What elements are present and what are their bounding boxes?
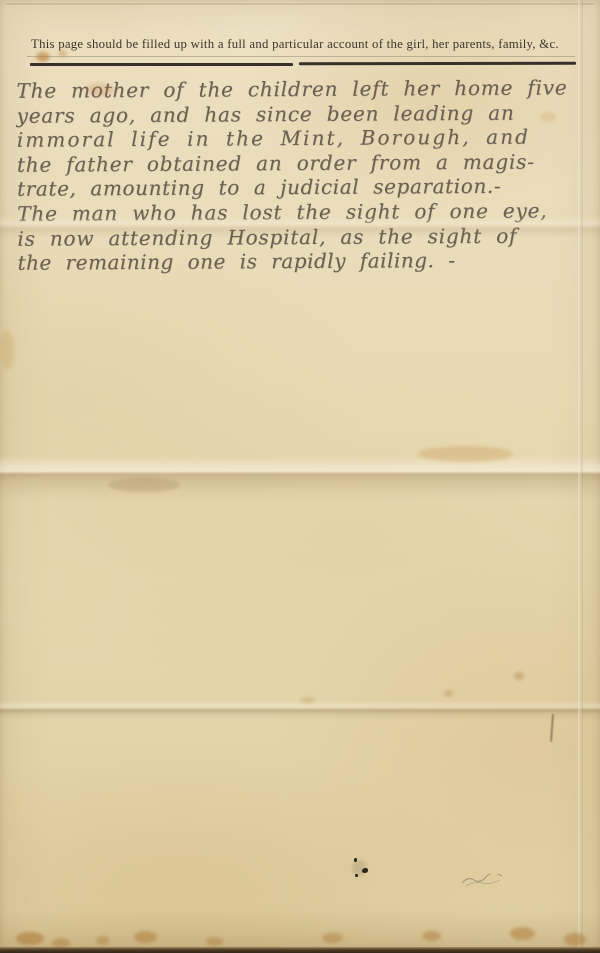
ink-blot bbox=[362, 868, 368, 873]
stain bbox=[36, 52, 50, 62]
stain bbox=[108, 478, 180, 492]
fold-crease-middle bbox=[0, 455, 600, 501]
stain bbox=[300, 697, 315, 703]
stain bbox=[540, 112, 556, 122]
fold-crease-lower bbox=[0, 700, 600, 720]
stain bbox=[16, 932, 44, 945]
paper-top-crease bbox=[6, 3, 594, 5]
stain bbox=[322, 933, 343, 943]
header-rule-thin bbox=[27, 56, 575, 57]
stain bbox=[510, 927, 535, 940]
scanned-document-page: This page should be filled up with a ful… bbox=[0, 0, 600, 953]
handwriting-line: trate, amounting to a judicial separatio… bbox=[17, 174, 589, 202]
stain bbox=[422, 931, 441, 941]
fold-crease-faint bbox=[0, 216, 600, 238]
handwriting-line: years ago, and has since been leading an bbox=[17, 100, 589, 128]
handwriting-line: the remaining one is rapidly failing. - bbox=[17, 247, 589, 275]
pencil-scribble bbox=[460, 874, 504, 893]
stain bbox=[58, 50, 67, 57]
ink-blot bbox=[355, 874, 358, 877]
paper-bottom-edge bbox=[0, 947, 600, 953]
stain bbox=[418, 446, 513, 462]
header-rule-right bbox=[299, 62, 576, 65]
header-rule-left bbox=[30, 63, 293, 66]
handwriting-line: the father obtained an order from a magi… bbox=[17, 149, 589, 177]
stain bbox=[86, 83, 114, 96]
stain bbox=[444, 690, 453, 697]
handwriting-line: immoral life in the Mint, Borough, and bbox=[17, 124, 589, 152]
vertical-crease-right bbox=[578, 0, 583, 953]
stain bbox=[514, 672, 524, 680]
stain bbox=[206, 937, 223, 946]
stain bbox=[564, 933, 586, 946]
stain bbox=[134, 931, 157, 943]
stain bbox=[96, 936, 110, 945]
printed-header-instruction: This page should be filled up with a ful… bbox=[31, 37, 571, 52]
stain bbox=[0, 330, 14, 370]
handwritten-account: The mother of the children left her home… bbox=[16, 75, 589, 275]
